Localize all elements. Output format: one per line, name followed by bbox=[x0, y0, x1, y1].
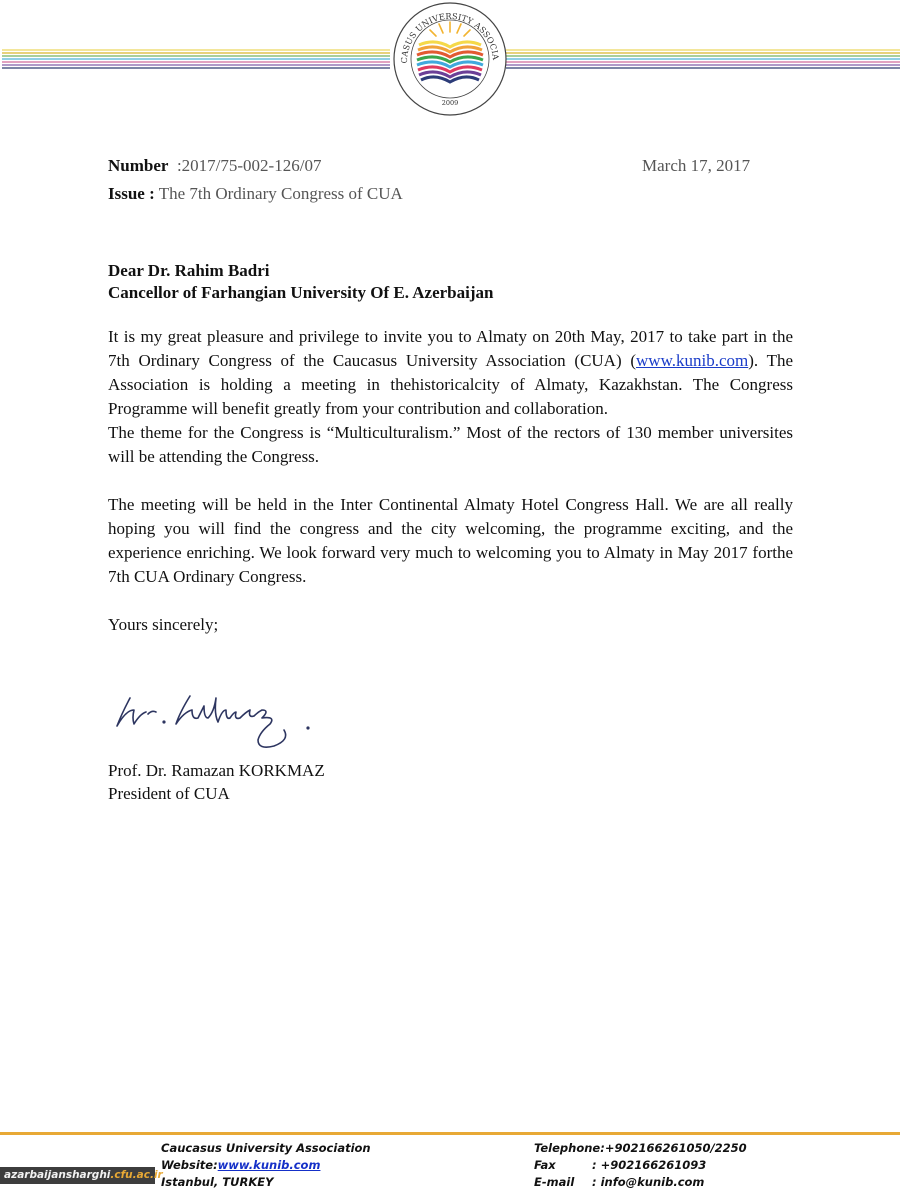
issue-label: Issue : bbox=[108, 184, 155, 203]
header-stripes-left bbox=[2, 49, 390, 71]
footer-website: Website:www.kunib.com bbox=[161, 1157, 371, 1174]
issue-line: Issue : The 7th Ordinary Congress of CUA bbox=[108, 182, 403, 206]
watermark-badge: azarbaijansharghi.cfu.ac.ir bbox=[0, 1167, 155, 1184]
signer-title: President of CUA bbox=[108, 782, 230, 806]
footer-location: Istanbul, TURKEY bbox=[161, 1174, 371, 1191]
recipient-title: Cancellor of Farhangian University Of E.… bbox=[108, 281, 493, 305]
footer-telephone-value: +902166261050/2250 bbox=[605, 1141, 747, 1155]
body-paragraph-1: It is my great pleasure and privilege to… bbox=[108, 325, 793, 421]
footer-fax-label: Fax bbox=[534, 1157, 592, 1174]
watermark-site-name: azarbaijansharghi bbox=[4, 1169, 110, 1181]
footer-email-value: : info@kunib.com bbox=[592, 1175, 704, 1189]
footer-website-link[interactable]: www.kunib.com bbox=[218, 1158, 321, 1172]
cua-logo-icon: CAUCASUS UNIVERSITY ASSOCIATION 2009 bbox=[389, 0, 511, 118]
website-link[interactable]: www.kunib.com bbox=[636, 351, 748, 370]
svg-text:2009: 2009 bbox=[442, 99, 459, 107]
closing: Yours sincerely; bbox=[108, 613, 218, 637]
footer-org-block: Caucasus University Association Website:… bbox=[161, 1140, 371, 1191]
salutation: Dear Dr. Rahim Badri bbox=[108, 259, 270, 283]
footer-org-name: Caucasus University Association bbox=[161, 1140, 371, 1157]
footer-telephone-label: Telephone: bbox=[534, 1141, 605, 1155]
body-paragraph-2: The theme for the Congress is “Multicult… bbox=[108, 421, 793, 469]
footer-divider bbox=[0, 1132, 900, 1135]
footer-fax: Fax: +902166261093 bbox=[534, 1157, 747, 1174]
watermark-domain: .cfu.ac.ir bbox=[110, 1169, 162, 1181]
reference-number-label: Number bbox=[108, 156, 168, 175]
footer-email: E-mail: info@kunib.com bbox=[534, 1174, 747, 1191]
footer-telephone: Telephone:+902166261050/2250 bbox=[534, 1140, 747, 1157]
reference-number-value: :2017/75-002-126/07 bbox=[177, 156, 322, 175]
footer-website-label: Website: bbox=[161, 1158, 218, 1172]
footer-email-label: E-mail bbox=[534, 1174, 592, 1191]
footer-fax-value: : +902166261093 bbox=[592, 1158, 706, 1172]
signer-name: Prof. Dr. Ramazan KORKMAZ bbox=[108, 759, 325, 783]
reference-number: Number :2017/75-002-126/07 bbox=[108, 154, 321, 178]
footer-contact-block: Telephone:+902166261050/2250 Fax: +90216… bbox=[534, 1140, 747, 1191]
header-stripes-right bbox=[506, 49, 900, 71]
letter-date: March 17, 2017 bbox=[642, 154, 750, 178]
issue-value: The 7th Ordinary Congress of CUA bbox=[159, 184, 403, 203]
body-paragraph-3: The meeting will be held in the Inter Co… bbox=[108, 493, 793, 589]
